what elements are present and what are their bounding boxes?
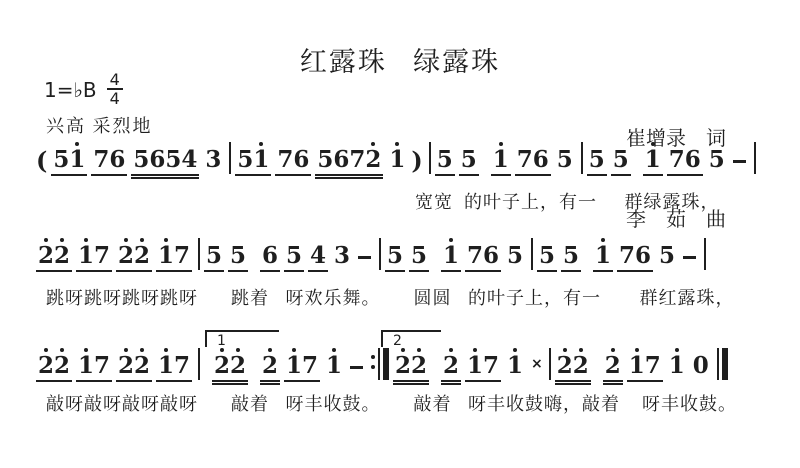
note-number: 3 [334, 244, 350, 267]
note-group: 17 [156, 238, 192, 272]
note-group: 1 [505, 348, 525, 382]
barline [704, 238, 706, 270]
note-group: 5 [409, 238, 429, 272]
note: 4 [182, 142, 196, 171]
note-number: 5 [659, 244, 675, 267]
music-system-2: 22172217556543551765551765 [0, 238, 710, 272]
note: 5 [508, 238, 522, 267]
note: 1 [468, 348, 482, 377]
time-signature: 4 4 [107, 72, 123, 107]
note-number: 5 [507, 244, 523, 267]
note-number: 2 [411, 354, 427, 377]
note-number: 5 [133, 148, 149, 171]
note-number: 0 [693, 354, 709, 377]
volta-bracket-1: 1 [205, 330, 279, 347]
note-group: 3 [203, 142, 223, 176]
note: 2 [39, 348, 53, 377]
repeat-dot [371, 365, 375, 369]
note-number: 1 [669, 354, 685, 377]
note: 5 [462, 142, 476, 171]
note-number: 5 [461, 148, 477, 171]
note-number: 2 [38, 244, 54, 267]
note-group: 5 [385, 238, 405, 272]
note-group: 6 [260, 238, 280, 272]
barline [379, 238, 381, 270]
note-group: 76 [465, 238, 501, 272]
note-group: 0 [691, 348, 711, 382]
note: 2 [263, 348, 277, 377]
note-number: 6 [685, 148, 701, 171]
note-number: 1 [467, 354, 483, 377]
note: 5 [134, 142, 148, 171]
note-group: 1 [643, 142, 663, 176]
note: 2 [231, 348, 245, 377]
note-number: 5 [437, 148, 453, 171]
note-group: 5672 [315, 142, 383, 176]
note: 5 [564, 238, 578, 267]
note: 7 [175, 238, 189, 267]
note-number: 7 [93, 148, 109, 171]
note-group: 5 [284, 238, 304, 272]
barline [198, 348, 200, 380]
note-group: 2 [441, 348, 461, 382]
note: 6 [686, 142, 700, 171]
note: 1 [159, 348, 173, 377]
note-group: 22 [36, 238, 72, 272]
note: 3 [206, 142, 220, 171]
tempo-marking: 兴高 采烈地 [46, 112, 153, 138]
note: 6 [294, 142, 308, 171]
lyric-line-2: 跳呀跳呀跳呀跳呀 跳着 呀欢乐舞。 圆圆 的叶子上，有一 群红露珠， [46, 284, 735, 310]
note-number: 2 [118, 244, 134, 267]
volta-label-2: 2 [393, 335, 402, 348]
note-number: 7 [94, 244, 110, 267]
note-group: 5 [204, 238, 224, 272]
note-number: 2 [118, 354, 134, 377]
note-group: 5 [561, 238, 581, 272]
note-group: 3 [332, 238, 352, 272]
note-group: 5654 [131, 142, 199, 176]
note-group: 5 [435, 142, 455, 176]
note-number: 6 [293, 148, 309, 171]
note-number: 1 [595, 244, 611, 267]
note: 1 [670, 348, 684, 377]
note-number: 7 [302, 354, 318, 377]
note-group: 17 [76, 348, 112, 382]
note: 5 [710, 142, 724, 171]
note: 2 [215, 348, 229, 377]
barline [754, 142, 756, 174]
note-number: 5 [237, 148, 253, 171]
dash-note [733, 160, 746, 163]
note-group: 5 [657, 238, 677, 272]
note-number: 1 [78, 354, 94, 377]
note-group: 17 [76, 238, 112, 272]
note-number: 2 [38, 354, 54, 377]
note-number: 6 [635, 244, 651, 267]
note: 7 [94, 142, 108, 171]
note-number: 7 [174, 354, 190, 377]
note-number: 7 [645, 354, 661, 377]
parenthesis: ( [36, 148, 47, 174]
note-group: 51 [51, 142, 87, 176]
note: 1 [70, 142, 84, 171]
note-group: 76 [617, 238, 653, 272]
note: 2 [444, 348, 458, 377]
note: 1 [79, 348, 93, 377]
note: 5 [287, 238, 301, 267]
note-number: 1 [645, 148, 661, 171]
music-system-1: (517656543517656721)551765551765 [0, 142, 760, 176]
note-group: 17 [627, 348, 663, 382]
note-number: 1 [629, 354, 645, 377]
note: 2 [135, 238, 149, 267]
lyric-line-1: 宽宽 的叶子上，有一 群绿露珠， [415, 188, 720, 214]
note-number: 6 [262, 244, 278, 267]
repeat-end-sign [371, 348, 389, 380]
note: 3 [335, 238, 349, 267]
note: 5 [238, 142, 252, 171]
note: 1 [287, 348, 301, 377]
note-number: 1 [493, 148, 509, 171]
note-number: 4 [181, 148, 197, 171]
note: 2 [366, 142, 380, 171]
key-signature: 1=♭B [44, 78, 97, 102]
note: 1 [646, 142, 660, 171]
note: 7 [468, 238, 482, 267]
note-number: 5 [206, 244, 222, 267]
dash-note [358, 256, 371, 259]
note-number: 7 [174, 244, 190, 267]
note: 2 [558, 348, 572, 377]
note: 7 [484, 348, 498, 377]
note: 1 [444, 238, 458, 267]
note-group: 76 [275, 142, 311, 176]
note: 6 [263, 238, 277, 267]
note-number: 6 [533, 148, 549, 171]
note-number: 7 [94, 354, 110, 377]
note-number: 2 [54, 244, 70, 267]
note-number: 1 [69, 148, 85, 171]
note: 1 [494, 142, 508, 171]
note: 5 [318, 142, 332, 171]
note: 6 [334, 142, 348, 171]
barline [198, 238, 200, 270]
note: 5 [540, 238, 554, 267]
note: 1 [159, 238, 173, 267]
barline [429, 142, 431, 174]
note: 6 [534, 142, 548, 171]
repeat-dots [371, 352, 375, 372]
note: 5 [590, 142, 604, 171]
barline [581, 142, 583, 174]
note-group: 5 [505, 238, 525, 272]
note-number: 2 [134, 244, 150, 267]
note-group: 1 [441, 238, 461, 272]
note: 1 [79, 238, 93, 267]
note-number: 1 [78, 244, 94, 267]
sheet-music-page: 红露珠 绿露珠 崔增录 词 李 茹 曲 1=♭B 4 4 兴高 采烈地 (517… [0, 0, 800, 468]
note-number: 5 [557, 148, 573, 171]
note-number: 5 [539, 244, 555, 267]
note-number: 1 [158, 354, 174, 377]
note-number: 2 [262, 354, 278, 377]
note: 5 [412, 238, 426, 267]
note: 2 [135, 348, 149, 377]
note-group: 17 [284, 348, 320, 382]
note: 5 [231, 238, 245, 267]
note-number: 3 [205, 148, 221, 171]
barline [549, 348, 551, 380]
note: 7 [95, 238, 109, 267]
barline [229, 142, 231, 174]
note-group: 1 [387, 142, 407, 176]
note-group: 76 [667, 142, 703, 176]
note: 5 [438, 142, 452, 171]
note-group: 1 [324, 348, 344, 382]
note-number: 7 [277, 148, 293, 171]
note-number: 2 [557, 354, 573, 377]
music-system-3: 22172217222171222171×2221710 [0, 348, 732, 382]
x-note: × [531, 357, 543, 371]
note: 5 [558, 142, 572, 171]
thick-bar [383, 348, 389, 380]
note-number: 5 [613, 148, 629, 171]
lyric-line-3: 敲呀敲呀敲呀敲呀 敲着 呀丰收鼓。 敲着 呀丰收鼓嗨，敲着 呀丰收鼓。 [46, 390, 737, 416]
note: 6 [484, 238, 498, 267]
note: 5 [166, 142, 180, 171]
note-number: 5 [165, 148, 181, 171]
note: 1 [508, 348, 522, 377]
note-group: 2 [260, 348, 280, 382]
parenthesis: ) [411, 148, 422, 174]
note-group: 22 [36, 348, 72, 382]
note-number: 1 [507, 354, 523, 377]
note: 1 [327, 348, 341, 377]
volta-label-1: 1 [217, 335, 226, 348]
note-group: 5 [459, 142, 479, 176]
note: 2 [55, 348, 69, 377]
note-number: 7 [467, 244, 483, 267]
note-group: 17 [156, 348, 192, 382]
note-number: 2 [605, 354, 621, 377]
note-group: 5 [228, 238, 248, 272]
note-group: 5 [611, 142, 631, 176]
note: 7 [175, 348, 189, 377]
note-number: 2 [134, 354, 150, 377]
note-group: 22 [212, 348, 248, 382]
note-number: 2 [365, 148, 381, 171]
note-group: 76 [91, 142, 127, 176]
thick-bar [722, 348, 728, 380]
note-group: 1 [593, 238, 613, 272]
note: 7 [95, 348, 109, 377]
note: 1 [596, 238, 610, 267]
note-group: 17 [465, 348, 501, 382]
note-number: 1 [158, 244, 174, 267]
note-number: 5 [286, 244, 302, 267]
note-number: 1 [443, 244, 459, 267]
note-number: 1 [389, 148, 405, 171]
note-group: 5 [555, 142, 575, 176]
note: 2 [412, 348, 426, 377]
meter-denominator: 4 [107, 88, 123, 107]
note-group: 5 [537, 238, 557, 272]
key-and-meter: 1=♭B 4 4 [44, 72, 123, 107]
note-number: 5 [53, 148, 69, 171]
note-number: 6 [109, 148, 125, 171]
note: 2 [55, 238, 69, 267]
note-number: 2 [443, 354, 459, 377]
note: 2 [39, 238, 53, 267]
note-number: 7 [483, 354, 499, 377]
note-number: 7 [669, 148, 685, 171]
volta-bracket-2: 2 [381, 330, 441, 347]
note-number: 4 [310, 244, 326, 267]
note: 7 [278, 142, 292, 171]
dash-note [350, 366, 363, 369]
note: 1 [254, 142, 268, 171]
note-group: 22 [393, 348, 429, 382]
note-group: 22 [116, 348, 152, 382]
note: 2 [574, 348, 588, 377]
note: 7 [646, 348, 660, 377]
note-number: 2 [54, 354, 70, 377]
note-number: 5 [589, 148, 605, 171]
thin-bar [378, 348, 380, 380]
note: 7 [303, 348, 317, 377]
note-number: 1 [326, 354, 342, 377]
note: 2 [119, 348, 133, 377]
repeat-dot [371, 355, 375, 359]
note-group: 22 [116, 238, 152, 272]
note-number: 5 [709, 148, 725, 171]
note-number: 6 [333, 148, 349, 171]
note-number: 5 [387, 244, 403, 267]
note-group: 5 [707, 142, 727, 176]
note: 7 [670, 142, 684, 171]
note: 1 [390, 142, 404, 171]
note: 2 [119, 238, 133, 267]
note-number: 6 [483, 244, 499, 267]
barline [531, 238, 533, 270]
note-number: 2 [573, 354, 589, 377]
note: 5 [388, 238, 402, 267]
note: 7 [350, 142, 364, 171]
note: 2 [606, 348, 620, 377]
note: 5 [660, 238, 674, 267]
note-number: 6 [149, 148, 165, 171]
note-number: 2 [214, 354, 230, 377]
note: 7 [518, 142, 532, 171]
note-group: 2 [603, 348, 623, 382]
note-number: 5 [411, 244, 427, 267]
note: 2 [396, 348, 410, 377]
note-number: 7 [517, 148, 533, 171]
meter-numerator: 4 [107, 72, 123, 88]
note-number: 1 [286, 354, 302, 377]
note-group: 1 [667, 348, 687, 382]
note-group: 22 [555, 348, 591, 382]
note-group: 1 [491, 142, 511, 176]
note-number: 2 [395, 354, 411, 377]
note-group: 76 [515, 142, 551, 176]
note-number: 1 [253, 148, 269, 171]
note: 7 [620, 238, 634, 267]
note: 6 [150, 142, 164, 171]
note-number: 5 [317, 148, 333, 171]
note: 4 [311, 238, 325, 267]
note: 6 [636, 238, 650, 267]
note: 5 [54, 142, 68, 171]
note-group: 5 [587, 142, 607, 176]
note-number: 5 [563, 244, 579, 267]
note: 1 [630, 348, 644, 377]
final-barline [717, 348, 728, 380]
note: 6 [110, 142, 124, 171]
note-group: 51 [235, 142, 271, 176]
note-number: 5 [230, 244, 246, 267]
note: 0 [694, 348, 708, 377]
note: 5 [207, 238, 221, 267]
note-number: 7 [619, 244, 635, 267]
thin-bar [717, 348, 719, 380]
note-number: 7 [349, 148, 365, 171]
note-number: 2 [230, 354, 246, 377]
note-group: 4 [308, 238, 328, 272]
note: 5 [614, 142, 628, 171]
dash-note [683, 256, 696, 259]
